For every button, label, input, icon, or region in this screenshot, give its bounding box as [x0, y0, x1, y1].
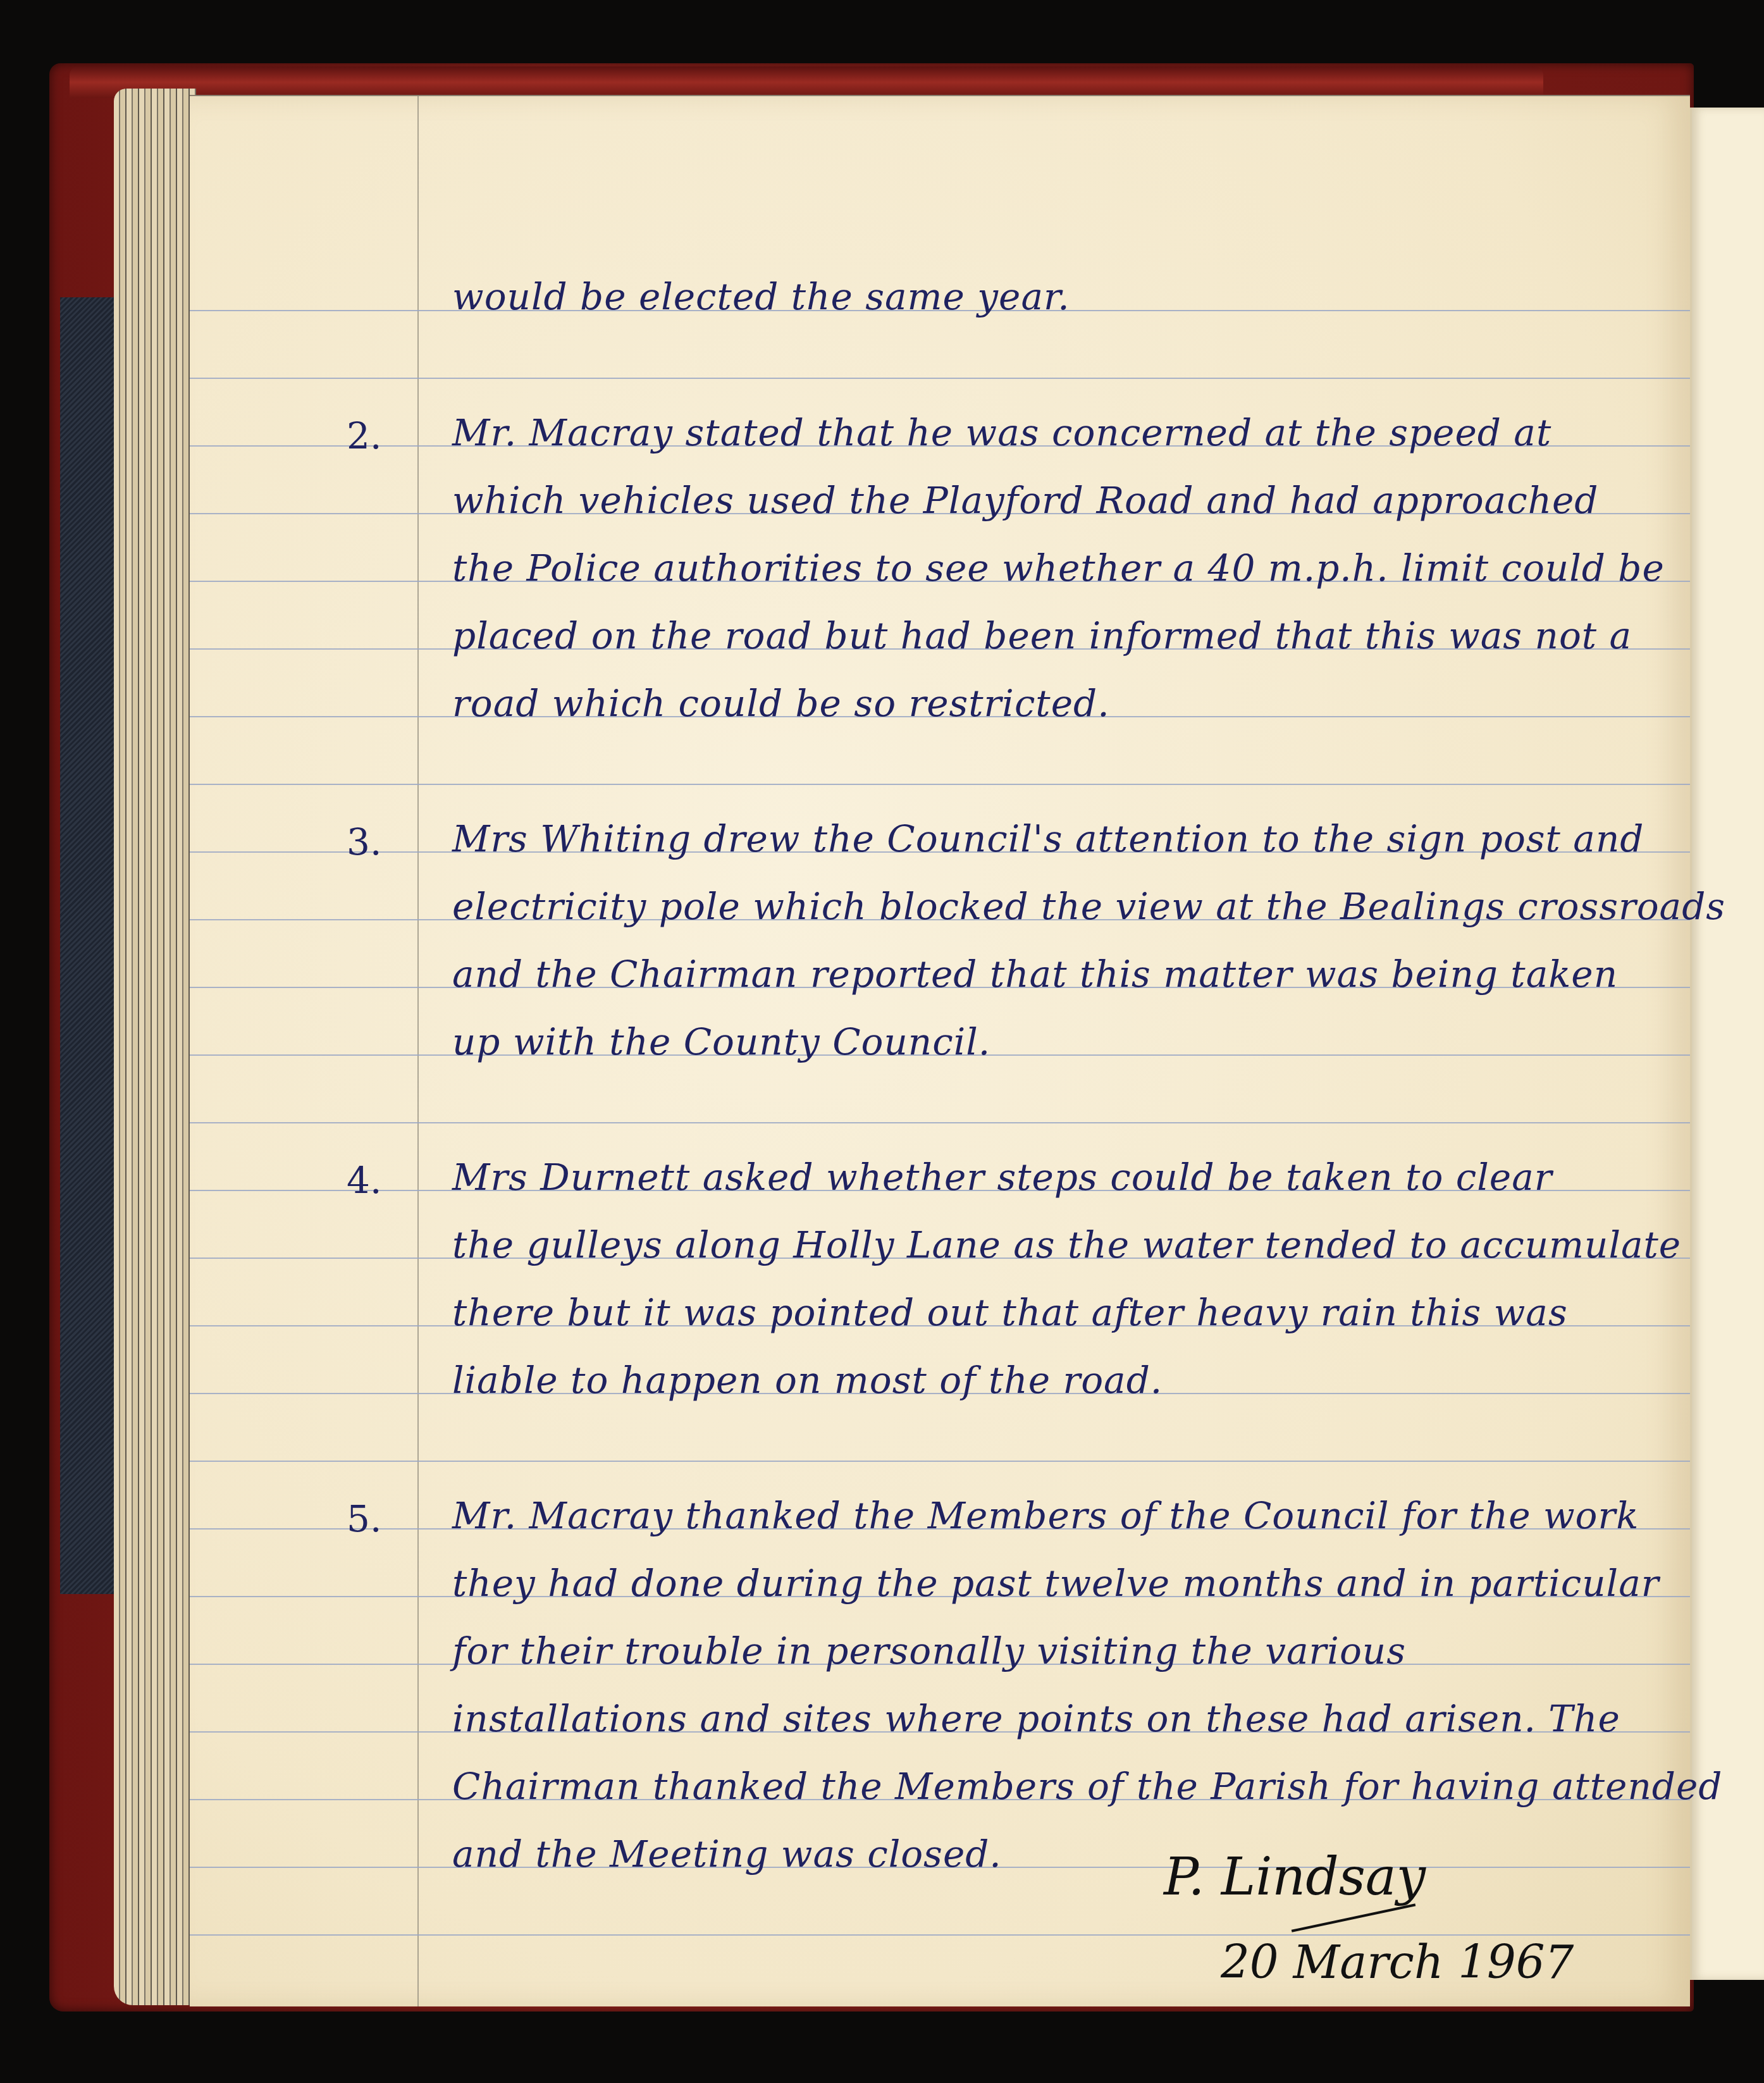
minute-line: and the Meeting was closed. — [452, 1836, 1002, 1872]
minute-line: liable to happen on most of the road. — [452, 1362, 1163, 1399]
minute-line: Mrs Durnett asked whether steps could be… — [452, 1159, 1552, 1196]
margin-rule — [417, 96, 419, 2006]
minute-line: placed on the road but had been informed… — [452, 617, 1632, 654]
minute-line: the Police authorities to see whether a … — [452, 550, 1665, 586]
minute-line: Mrs Whiting drew the Council's attention… — [452, 820, 1644, 857]
chairman-signature: P. Lindsay — [1164, 1847, 1426, 1907]
minute-line: Chairman thanked the Members of the Pari… — [452, 1768, 1722, 1805]
minute-line: installations and sites where points on … — [452, 1700, 1620, 1737]
item-number: 2. — [347, 414, 381, 457]
minute-line: Mr. Macray thanked the Members of the Co… — [452, 1497, 1639, 1534]
minute-line: and the Chairman reported that this matt… — [452, 956, 1618, 992]
minute-line: the gulleys along Holly Lane as the wate… — [452, 1227, 1681, 1263]
book-cover-top-edge — [70, 66, 1543, 98]
ruled-line — [190, 378, 1690, 379]
ruled-line — [190, 1461, 1690, 1462]
continuation-line: would be elected the same year. — [452, 278, 1070, 315]
item-number: 3. — [347, 820, 381, 863]
minute-line: for their trouble in personally visiting… — [452, 1633, 1406, 1669]
cloth-spine — [60, 297, 115, 1594]
ruled-line — [190, 784, 1690, 785]
minute-line: electricity pole which blocked the view … — [452, 888, 1725, 925]
ruled-line — [190, 1122, 1690, 1123]
facing-page-edge — [1690, 108, 1764, 1980]
minute-line: which vehicles used the Playford Road an… — [452, 482, 1598, 519]
minute-line: up with the County Council. — [452, 1023, 990, 1060]
minute-line: there but it was pointed out that after … — [452, 1294, 1568, 1331]
page-edges-stack — [114, 89, 196, 2005]
signed-date: 20 March 1967 — [1221, 1936, 1574, 1989]
minute-line: road which could be so restricted. — [452, 685, 1110, 722]
item-number: 4. — [347, 1159, 381, 1202]
minute-line: they had done during the past twelve mon… — [452, 1565, 1659, 1602]
item-number: 5. — [347, 1497, 381, 1540]
minute-line: Mr. Macray stated that he was concerned … — [452, 414, 1551, 451]
